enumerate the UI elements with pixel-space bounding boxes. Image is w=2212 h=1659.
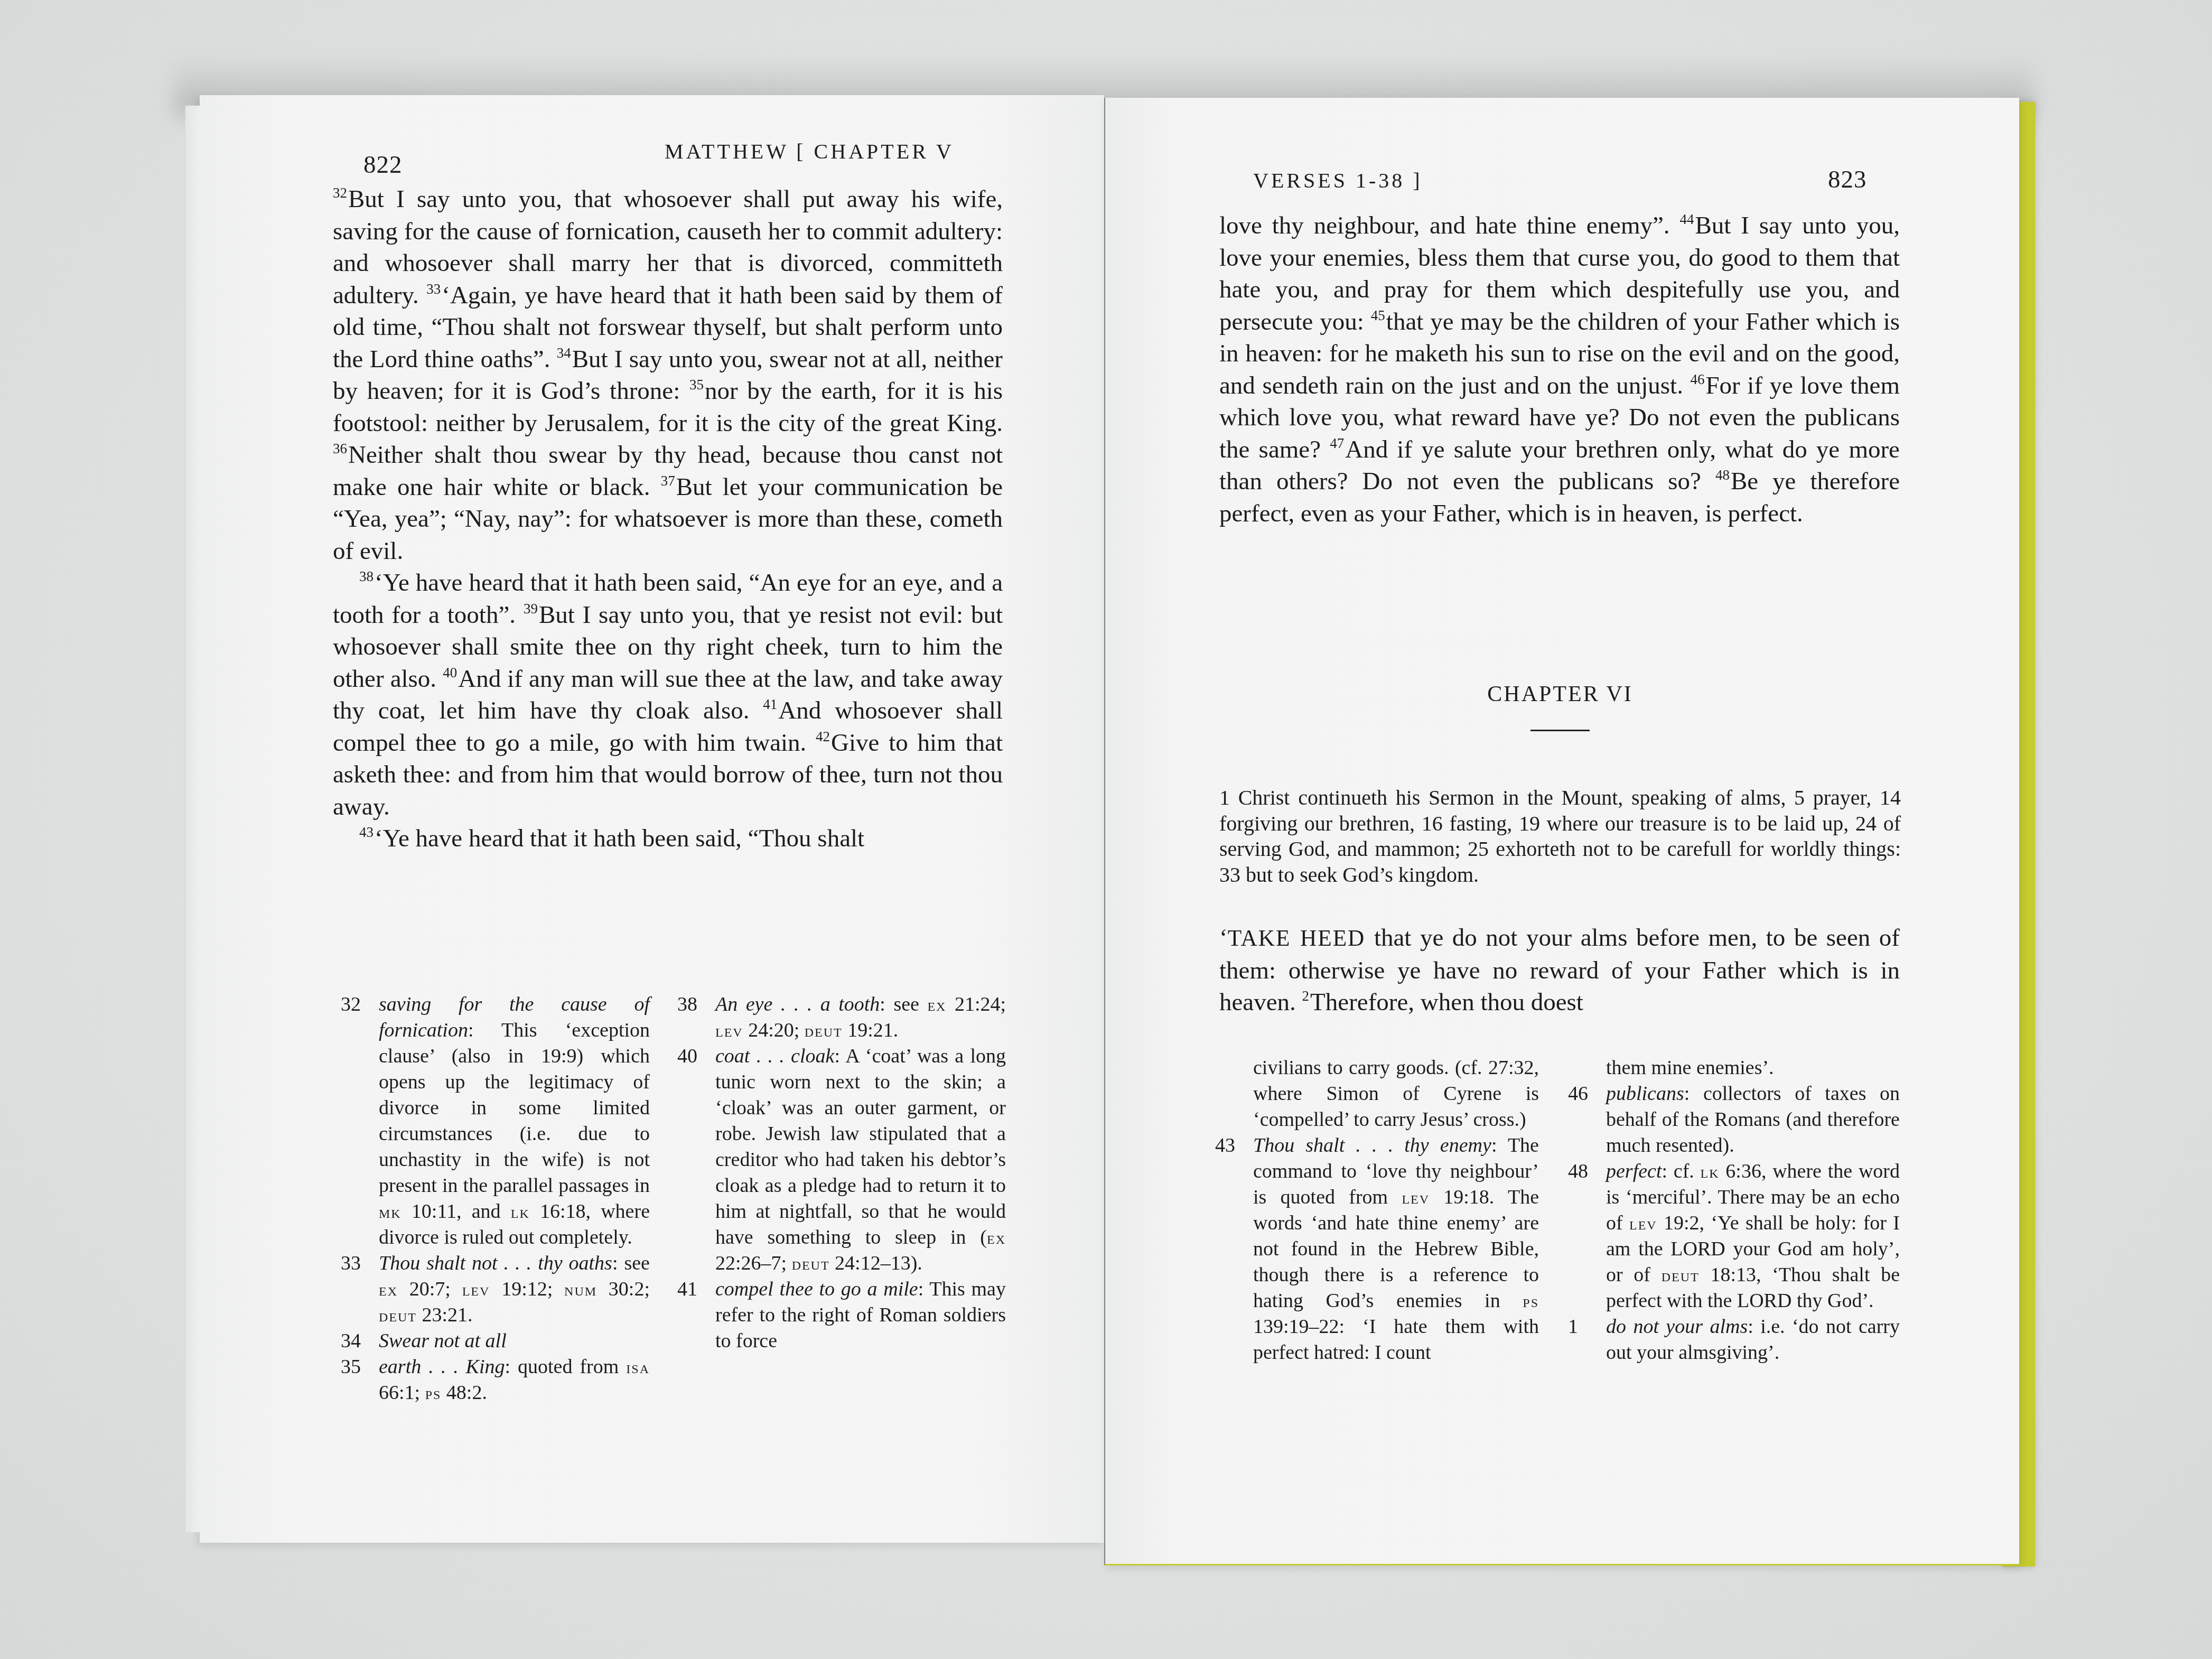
book-abbreviation: mk [379, 1201, 402, 1222]
footnote-number: 38 [677, 992, 697, 1018]
left-running-head: MATTHEW [ CHAPTER V [665, 139, 954, 164]
book-abbreviation: lev [715, 1020, 743, 1041]
footnote-lemma: Swear not at all [379, 1330, 507, 1352]
book-abbreviation: lev [462, 1279, 490, 1300]
footnote-lemma: Thou shalt not . . . thy oaths [379, 1252, 612, 1274]
paragraph: love thy neighbour, and hate thine enemy… [1219, 210, 1900, 529]
verse-number: 38 [359, 568, 374, 584]
right-running-head: VERSES 1-38 ] [1253, 168, 1423, 193]
chapter-summary: 1 Christ continueth his Sermon in the Mo… [1219, 785, 1901, 888]
chapter-opening-text: ‘TAKE HEED that ye do not your alms befo… [1219, 922, 1900, 1019]
verse-number: 42 [816, 729, 830, 744]
book-abbreviation: ps [1523, 1291, 1539, 1311]
footnote: 48perfect: cf. lk 6:36, where the word i… [1568, 1159, 1900, 1314]
verse-number: 40 [443, 665, 457, 681]
footnote-number: 1 [1568, 1314, 1578, 1340]
book-abbreviation: deut [805, 1020, 843, 1041]
chapter-heading: CHAPTER VI [1219, 682, 1901, 707]
verse-number: 33 [426, 281, 441, 297]
page-edge-stack [185, 106, 200, 1532]
right-notes-col2: them mine enemies’.46publicans: collecto… [1568, 1055, 1900, 1366]
footnote: 46publicans: collectors of taxes on beha… [1568, 1081, 1900, 1159]
footnote-number: 33 [341, 1251, 361, 1276]
footnote-number: 32 [341, 992, 361, 1018]
footnote-lemma: compel thee to go a mile [715, 1278, 918, 1300]
book-abbreviation: lev [1402, 1187, 1430, 1208]
footnote: 33Thou shalt not . . . thy oaths: see ex… [341, 1251, 650, 1328]
footnote-number: 35 [341, 1354, 361, 1380]
footnote-lemma: perfect [1606, 1160, 1662, 1182]
footnote: 34Swear not at all [341, 1328, 650, 1354]
book-abbreviation: deut [792, 1253, 830, 1274]
book-abbreviation: ex [987, 1227, 1006, 1248]
footnote: 1do not your alms: i.e. ‘do not carry ou… [1568, 1314, 1900, 1366]
paragraph: 43‘Ye have heard that it hath been said,… [333, 823, 1003, 855]
verse-number: 41 [763, 696, 777, 712]
verse-number: 2 [1302, 988, 1310, 1004]
verse-number: 34 [557, 345, 571, 361]
left-notes-col1: 32saving for the cause of fornication: T… [341, 992, 650, 1406]
verse-number: 43 [359, 824, 374, 840]
paragraph: 38‘Ye have heard that it hath been said,… [333, 567, 1003, 823]
paragraph: ‘TAKE HEED that ye do not your alms befo… [1219, 922, 1900, 1019]
left-body-text: 32But I say unto you, that whosoever sha… [333, 183, 1003, 855]
verse-number: 36 [333, 441, 347, 456]
footnote-number: 46 [1568, 1081, 1588, 1107]
left-folio: 822 [363, 151, 403, 179]
verse-number: 35 [689, 377, 704, 393]
lead-smallcaps: TAKE HEED [1228, 926, 1366, 951]
verse-text: ‘Ye have heard that it hath been said, “… [375, 825, 864, 852]
footnote-number: 43 [1215, 1133, 1235, 1159]
footnote-number: 40 [677, 1043, 697, 1069]
opening-quote: ‘ [1219, 924, 1228, 952]
book-abbreviation: deut [379, 1305, 417, 1326]
verse-number: 45 [1371, 307, 1385, 323]
paragraph: 32But I say unto you, that whosoever sha… [333, 183, 1003, 567]
footnote: 35earth . . . King: quoted from isa 66:1… [341, 1354, 650, 1406]
footnote: 32saving for the cause of fornication: T… [341, 992, 650, 1251]
footnote-lemma: saving for the cause of fornication [379, 993, 650, 1041]
opening-text-continued: Therefore, when thou doest [1310, 989, 1583, 1016]
verse-number: 37 [661, 473, 675, 489]
book-abbreviation: lk [1701, 1161, 1720, 1182]
book-abbreviation: lev [1629, 1213, 1657, 1234]
footnote-lemma: publicans [1606, 1083, 1684, 1105]
footnote: them mine enemies’. [1568, 1055, 1900, 1081]
right-notes-col1: civilians to carry goods. (cf. 27:32, wh… [1215, 1055, 1539, 1366]
book-abbreviation: lk [511, 1201, 530, 1222]
verse-text: love thy neighbour, and hate thine enemy… [1219, 212, 1680, 239]
footnote-lemma: Thou shalt . . . thy enemy [1253, 1134, 1491, 1157]
footnote-lemma: do not your alms [1606, 1316, 1748, 1338]
footnote-lemma: earth . . . King [379, 1356, 505, 1378]
verse-number: 48 [1715, 467, 1730, 483]
footnote: 43Thou shalt . . . thy enemy: The comman… [1215, 1133, 1539, 1366]
footnote-number: 48 [1568, 1159, 1588, 1185]
right-folio: 823 [1828, 165, 1867, 194]
verse-number: 44 [1680, 211, 1694, 227]
footnote: 40coat . . . cloak: A ‘coat’ was a long … [677, 1043, 1006, 1276]
book-abbreviation: ps [425, 1383, 442, 1403]
chapter-rule [1530, 730, 1590, 731]
footnote: civilians to carry goods. (cf. 27:32, wh… [1215, 1055, 1539, 1133]
book-abbreviation: ex [927, 994, 946, 1015]
left-notes-col2: 38An eye . . . a tooth: see ex 21:24; le… [677, 992, 1006, 1354]
verse-number: 32 [333, 185, 347, 201]
footnote-number: 34 [341, 1328, 361, 1354]
footnote-lemma: coat . . . cloak [715, 1045, 834, 1067]
verse-number: 47 [1330, 435, 1344, 451]
footnote-number: 41 [677, 1276, 697, 1302]
footnote: 41compel thee to go a mile: This may ref… [677, 1276, 1006, 1354]
footnote: 38An eye . . . a tooth: see ex 21:24; le… [677, 992, 1006, 1043]
book-abbreviation: isa [626, 1357, 650, 1377]
right-body-text: love thy neighbour, and hate thine enemy… [1219, 210, 1900, 529]
verse-number: 46 [1690, 371, 1704, 387]
book-abbreviation: deut [1662, 1265, 1700, 1285]
footnote-lemma: An eye . . . a tooth [715, 993, 880, 1015]
book-abbreviation: num [564, 1279, 597, 1300]
book-abbreviation: ex [379, 1279, 398, 1300]
verse-number: 39 [524, 601, 538, 617]
